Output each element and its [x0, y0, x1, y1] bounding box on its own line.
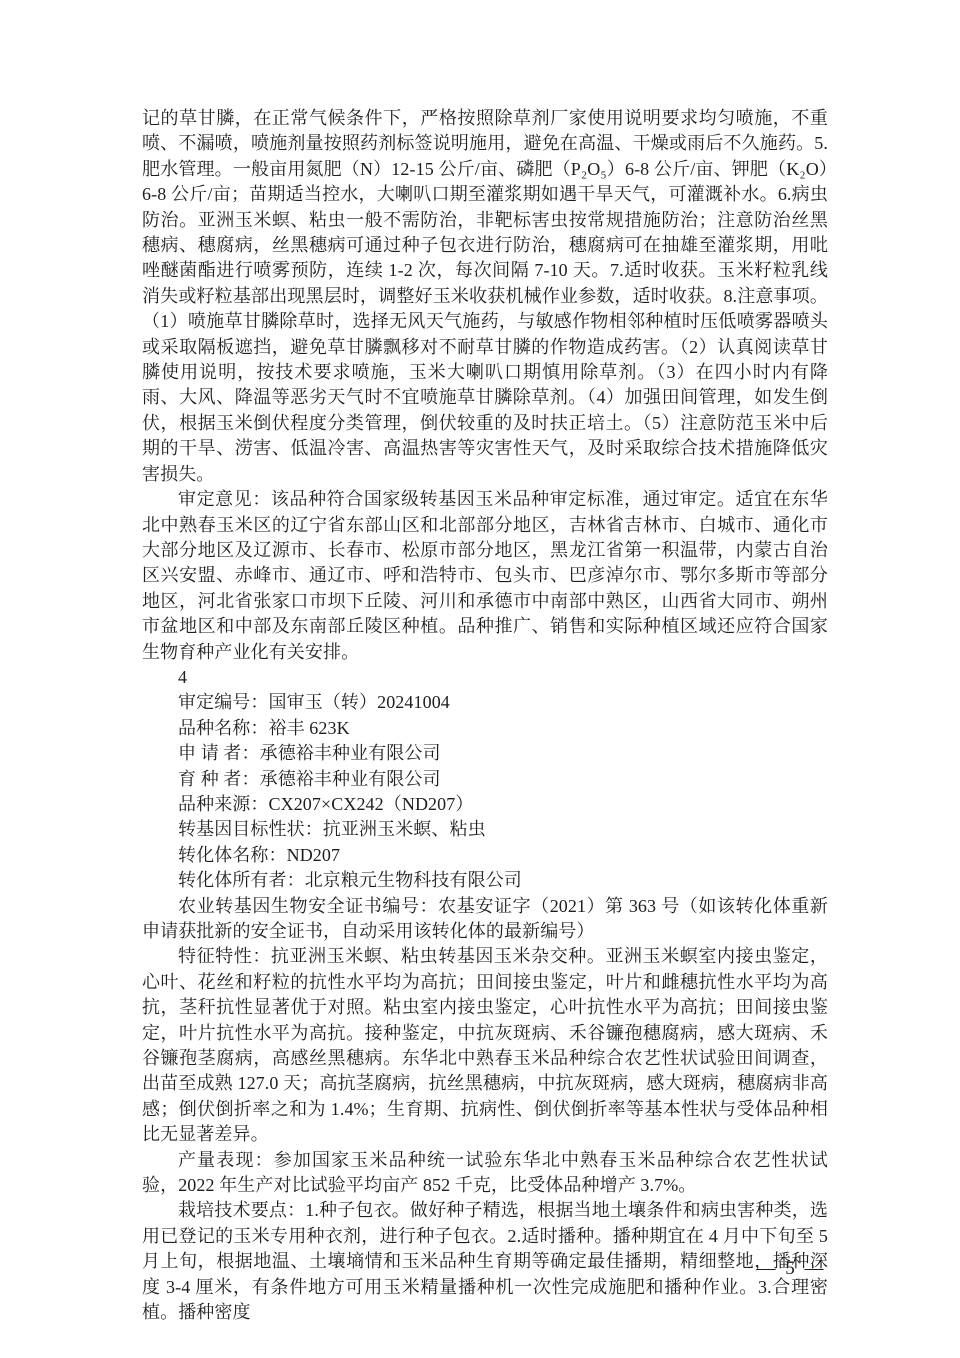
page-footer: — 5 —	[700, 1256, 880, 1282]
applicant-line: 申 请 者：承德裕丰种业有限公司	[142, 741, 828, 766]
certification-number-line: 审定编号：国审玉（转）20241004	[142, 690, 828, 715]
biosafety-certificate-paragraph: 农业转基因生物安全证书编号：农基安证字（2021）第 363 号（如该转化体重新…	[142, 894, 828, 945]
entry-number-line: 4	[142, 665, 828, 690]
variety-origin-line: 品种来源：CX207×CX242（ND207）	[142, 792, 828, 817]
paragraph-continuation-cultivation: 记的草甘膦，在正常气候条件下，严格按照除草剂厂家使用说明要求均匀喷施，不重喷、不…	[142, 106, 828, 487]
variety-name-line: 品种名称：裕丰 623K	[142, 716, 828, 741]
characteristics-paragraph: 特征特性：抗亚洲玉米螟、粘虫转基因玉米杂交种。亚洲玉米螟室内接虫鉴定，心叶、花丝…	[142, 944, 828, 1147]
yield-performance-paragraph: 产量表现：参加国家玉米品种统一试验东华北中熟春玉米品种综合农艺性状试验，2022…	[142, 1148, 828, 1199]
document-text-block: 记的草甘膦，在正常气候条件下，严格按照除草剂厂家使用说明要求均匀喷施，不重喷、不…	[142, 106, 828, 1326]
event-owner-line: 转化体所有者：北京粮元生物科技有限公司	[142, 868, 828, 893]
gm-target-trait-line: 转基因目标性状：抗亚洲玉米螟、粘虫	[142, 817, 828, 842]
breeder-line: 育 种 者：承德裕丰种业有限公司	[142, 767, 828, 792]
document-page: 记的草甘膦，在正常气候条件下，严格按照除草剂厂家使用说明要求均匀喷施，不重喷、不…	[0, 0, 960, 1358]
event-name-line: 转化体名称：ND207	[142, 843, 828, 868]
paragraph-approval-opinion: 审定意见：该品种符合国家级转基因玉米品种审定标准，通过审定。适宜在东华北中熟春玉…	[142, 487, 828, 665]
page-number: — 5 —	[757, 1258, 824, 1279]
